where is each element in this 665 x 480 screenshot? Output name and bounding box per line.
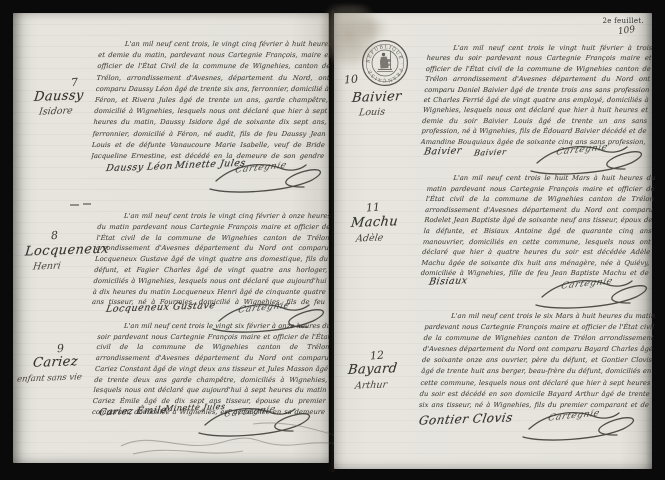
margin-given-name: Arthur <box>354 379 388 391</box>
witness-signature: Baivier <box>473 147 507 157</box>
margin-surname: Cariez <box>32 354 79 371</box>
margin-surname: Bayard <box>347 361 398 378</box>
entry-number: 10 <box>344 73 359 87</box>
record-body-text: L'an mil neuf cent trois, le vingt cinq … <box>91 39 333 162</box>
margin-given-name: Adèle <box>355 232 384 244</box>
stamp-figure <box>377 51 393 72</box>
entry-number: 12 <box>370 349 385 363</box>
record-body-text: L'an mil neuf cent trois le vingt cinq f… <box>92 211 332 309</box>
sheet-label: 2e feuillet. <box>572 17 644 25</box>
margin-surname: Daussy <box>33 88 84 105</box>
margin-given-name: Isidore <box>38 105 73 117</box>
entry-number: 7 <box>71 76 79 89</box>
entry-number: 8 <box>51 229 59 242</box>
margin-surname: Machu <box>350 214 399 231</box>
mayor-signature-flourish: Cartegnie <box>519 407 644 447</box>
register-page-right: 2e feuillet. 109 RÉPUBLIQUE · FRANÇAISE <box>334 13 652 469</box>
witness-signature: Gontier Clovis <box>418 410 514 427</box>
witness-signature: Bisiaux <box>428 275 469 287</box>
folio-number: 109 <box>617 25 635 37</box>
pencil-dash-mark <box>83 203 91 205</box>
record-body-text: L'an mil neuf cent trois le huit Mars à … <box>420 173 655 279</box>
margin-surname: Baivier <box>351 89 402 106</box>
witness-signature: Baivier <box>423 145 463 157</box>
record-body-text: L'an mil neuf cent trois le vingt huit f… <box>420 43 652 147</box>
mayor-signature-flourish: Cartegnie <box>206 159 331 199</box>
entry-number: 9 <box>57 342 65 355</box>
mayor-signature-flourish: Cartegnie <box>532 275 657 315</box>
entry-number: 11 <box>366 201 381 215</box>
register-page-left: 7 Daussy Isidore L'an mil neuf cent troi… <box>13 13 329 463</box>
margin-given-name: Louis <box>358 107 386 119</box>
republique-francaise-stamp: RÉPUBLIQUE · FRANÇAISE <box>361 39 409 87</box>
margin-given-name: Henri <box>32 260 61 272</box>
record-body-text: L'an mil neuf cent trois le six Mars à h… <box>419 311 656 411</box>
witness-signature: Daussy Léon <box>105 161 174 174</box>
pencil-dash-mark <box>70 204 79 206</box>
scanned-register-spread: 7 Daussy Isidore L'an mil neuf cent troi… <box>0 0 665 480</box>
